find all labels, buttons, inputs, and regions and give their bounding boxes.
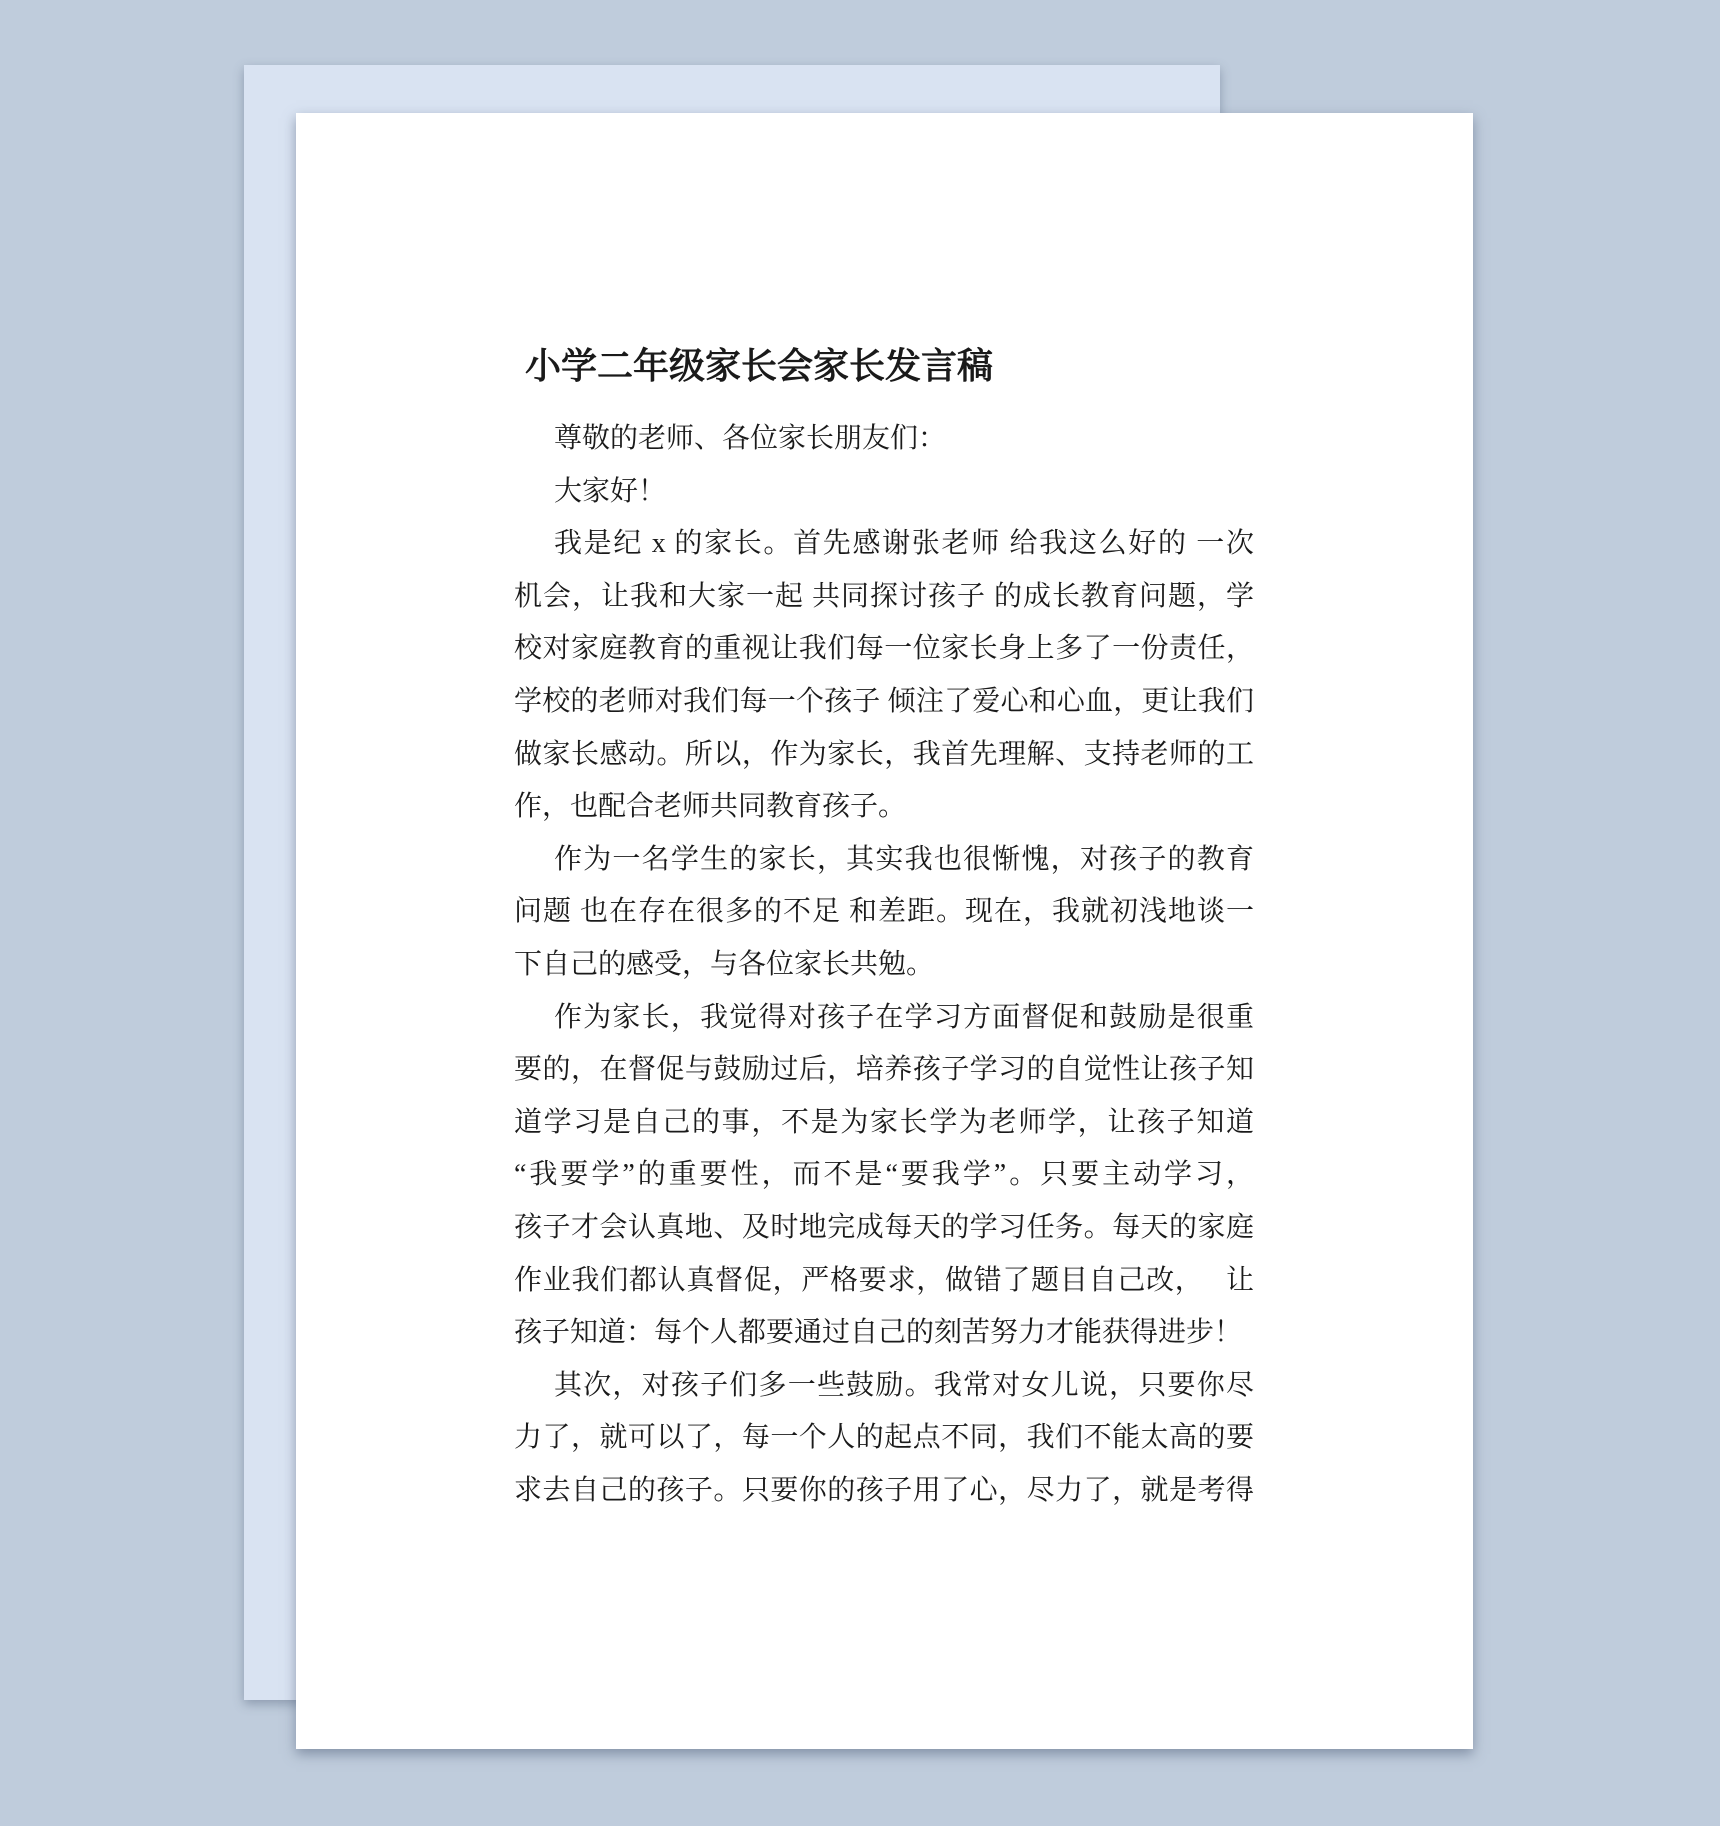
text-line: 问题 也在存在很多的不足 和差距。现在，我就初浅地谈一 xyxy=(514,886,1254,939)
text-line: “我要学”的重要性，而不是“要我学”。只要主动学习， xyxy=(514,1149,1254,1202)
text-line: 我是纪 x 的家长。首先感谢张老师 给我这么好的 一次 xyxy=(514,518,1254,571)
text-line: 力了，就可以了，每一个人的起点不同，我们不能太高的要 xyxy=(514,1412,1254,1465)
text-line: 求去自己的孩子。只要你的孩子用了心，尽力了，就是考得 xyxy=(514,1465,1254,1518)
text-line: 作，也配合老师共同教育孩子。 xyxy=(514,781,1254,834)
text-line: 孩子知道：每个人都要通过自己的刻苦努力才能获得进步！ xyxy=(514,1307,1254,1360)
text-line: 其次，对孩子们多一些鼓励。我常对女儿说，只要你尽 xyxy=(514,1360,1254,1413)
document-page: 小学二年级家长会家长发言稿 尊敬的老师、各位家长朋友们：大家好！我是纪 x 的家… xyxy=(296,113,1473,1749)
text-line: 做家长感动。所以，作为家长，我首先理解、支持老师的工 xyxy=(514,729,1254,782)
text-line: 作为家长，我觉得对孩子在学习方面督促和鼓励是很重 xyxy=(514,992,1254,1045)
text-line: 尊敬的老师、各位家长朋友们： xyxy=(514,413,1254,466)
text-line: 作业我们都认真督促，严格要求，做错了题目自己改， 让 xyxy=(514,1255,1254,1308)
text-lines: 尊敬的老师、各位家长朋友们：大家好！我是纪 x 的家长。首先感谢张老师 给我这么… xyxy=(514,413,1254,1517)
text-line: 道学习是自己的事，不是为家长学为老师学，让孩子知道 xyxy=(514,1097,1254,1150)
text-line: 校对家庭教育的重视让我们每一位家长身上多了一份责任， xyxy=(514,623,1254,676)
text-line: 下自己的感受，与各位家长共勉。 xyxy=(514,939,1254,992)
text-line: 学校的老师对我们每一个孩子 倾注了爱心和心血，更让我们 xyxy=(514,676,1254,729)
text-line: 作为一名学生的家长，其实我也很惭愧，对孩子的教育 xyxy=(514,834,1254,887)
text-line: 孩子才会认真地、及时地完成每天的学习任务。每天的家庭 xyxy=(514,1202,1254,1255)
text-line: 大家好！ xyxy=(514,466,1254,519)
desktop-background: { "colors":{ "background":"#bfccdc", "ba… xyxy=(0,0,1720,1826)
text-line: 要的，在督促与鼓励过后，培养孩子学习的自觉性让孩子知 xyxy=(514,1044,1254,1097)
document-title: 小学二年级家长会家长发言稿 xyxy=(514,343,1254,389)
text-line: 机会，让我和大家一起 共同探讨孩子 的成长教育问题，学 xyxy=(514,571,1254,624)
